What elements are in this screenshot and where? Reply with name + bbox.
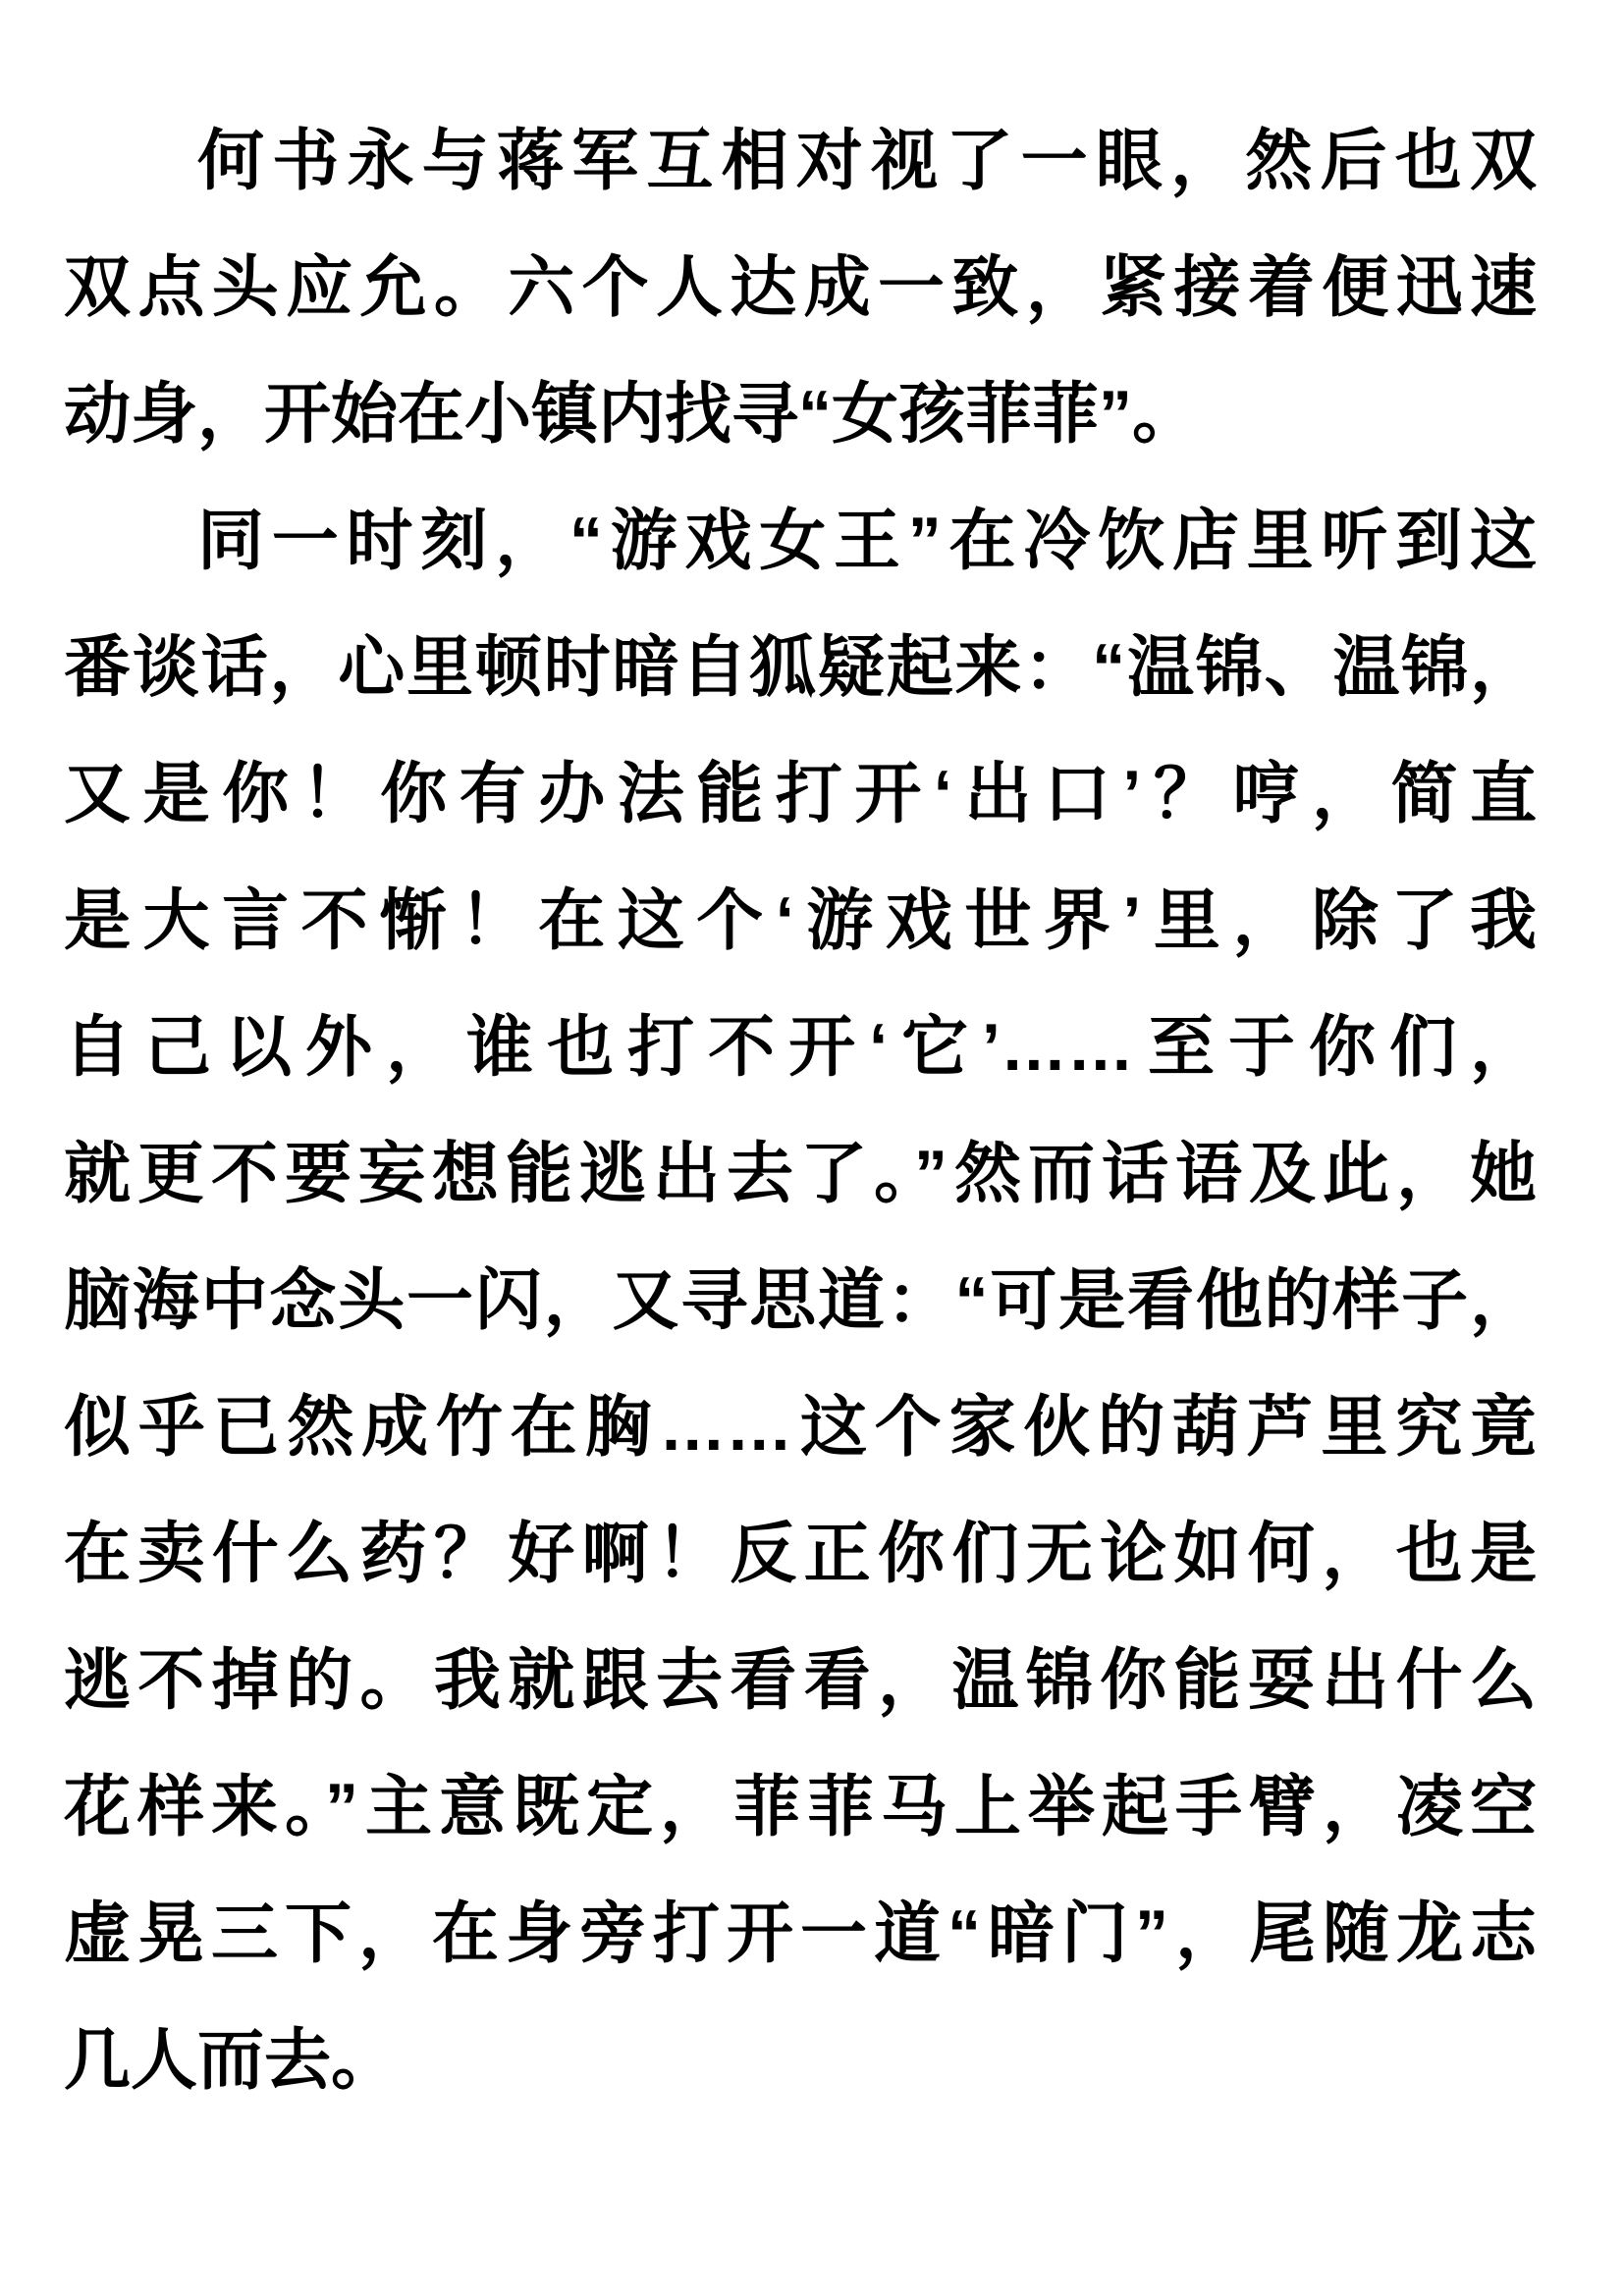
text-line: 番谈话，心里顿时暗自狐疑起来：“温锦、温锦， (64, 605, 1537, 731)
text-line: 何书永与蒋军互相对视了一眼，然后也双 (64, 98, 1537, 225)
text-line: 双点头应允。六个人达成一致，紧接着便迅速 (64, 225, 1537, 351)
text-line: 同一时刻，“游戏女王”在冷饮店里听到这 (64, 478, 1537, 605)
text-line: 花样来。”主意既定，菲菲马上举起手臂，凌空 (64, 1744, 1537, 1871)
text-line: 动身，开始在小镇内找寻“女孩菲菲”。 (64, 351, 1537, 478)
text-line: 是大言不惭！在这个‘游戏世界’里，除了我 (64, 858, 1537, 985)
text-line: 在卖什么药？好啊！反正你们无论如何，也是 (64, 1491, 1537, 1618)
text-line: 虚晃三下，在身旁打开一道“暗门”，尾随龙志 (64, 1871, 1537, 1998)
text-line: 自己以外，谁也打不开‘它’……至于你们， (64, 985, 1537, 1111)
text-line: 几人而去。 (64, 1998, 1537, 2124)
text-block: 何书永与蒋军互相对视了一眼，然后也双 双点头应允。六个人达成一致，紧接着便迅速 … (64, 98, 1537, 2124)
text-line: 脑海中念头一闪，又寻思道：“可是看他的样子， (64, 1238, 1537, 1364)
text-line: 似乎已然成竹在胸……这个家伙的葫芦里究竟 (64, 1364, 1537, 1491)
text-line: 逃不掉的。我就跟去看看，温锦你能耍出什么 (64, 1618, 1537, 1744)
text-line: 又是你！你有办法能打开‘出口’？哼，简直 (64, 731, 1537, 858)
book-page: 何书永与蒋军互相对视了一眼，然后也双 双点头应允。六个人达成一致，紧接着便迅速 … (0, 0, 1624, 2296)
text-line: 就更不要妄想能逃出去了。”然而话语及此，她 (64, 1111, 1537, 1238)
